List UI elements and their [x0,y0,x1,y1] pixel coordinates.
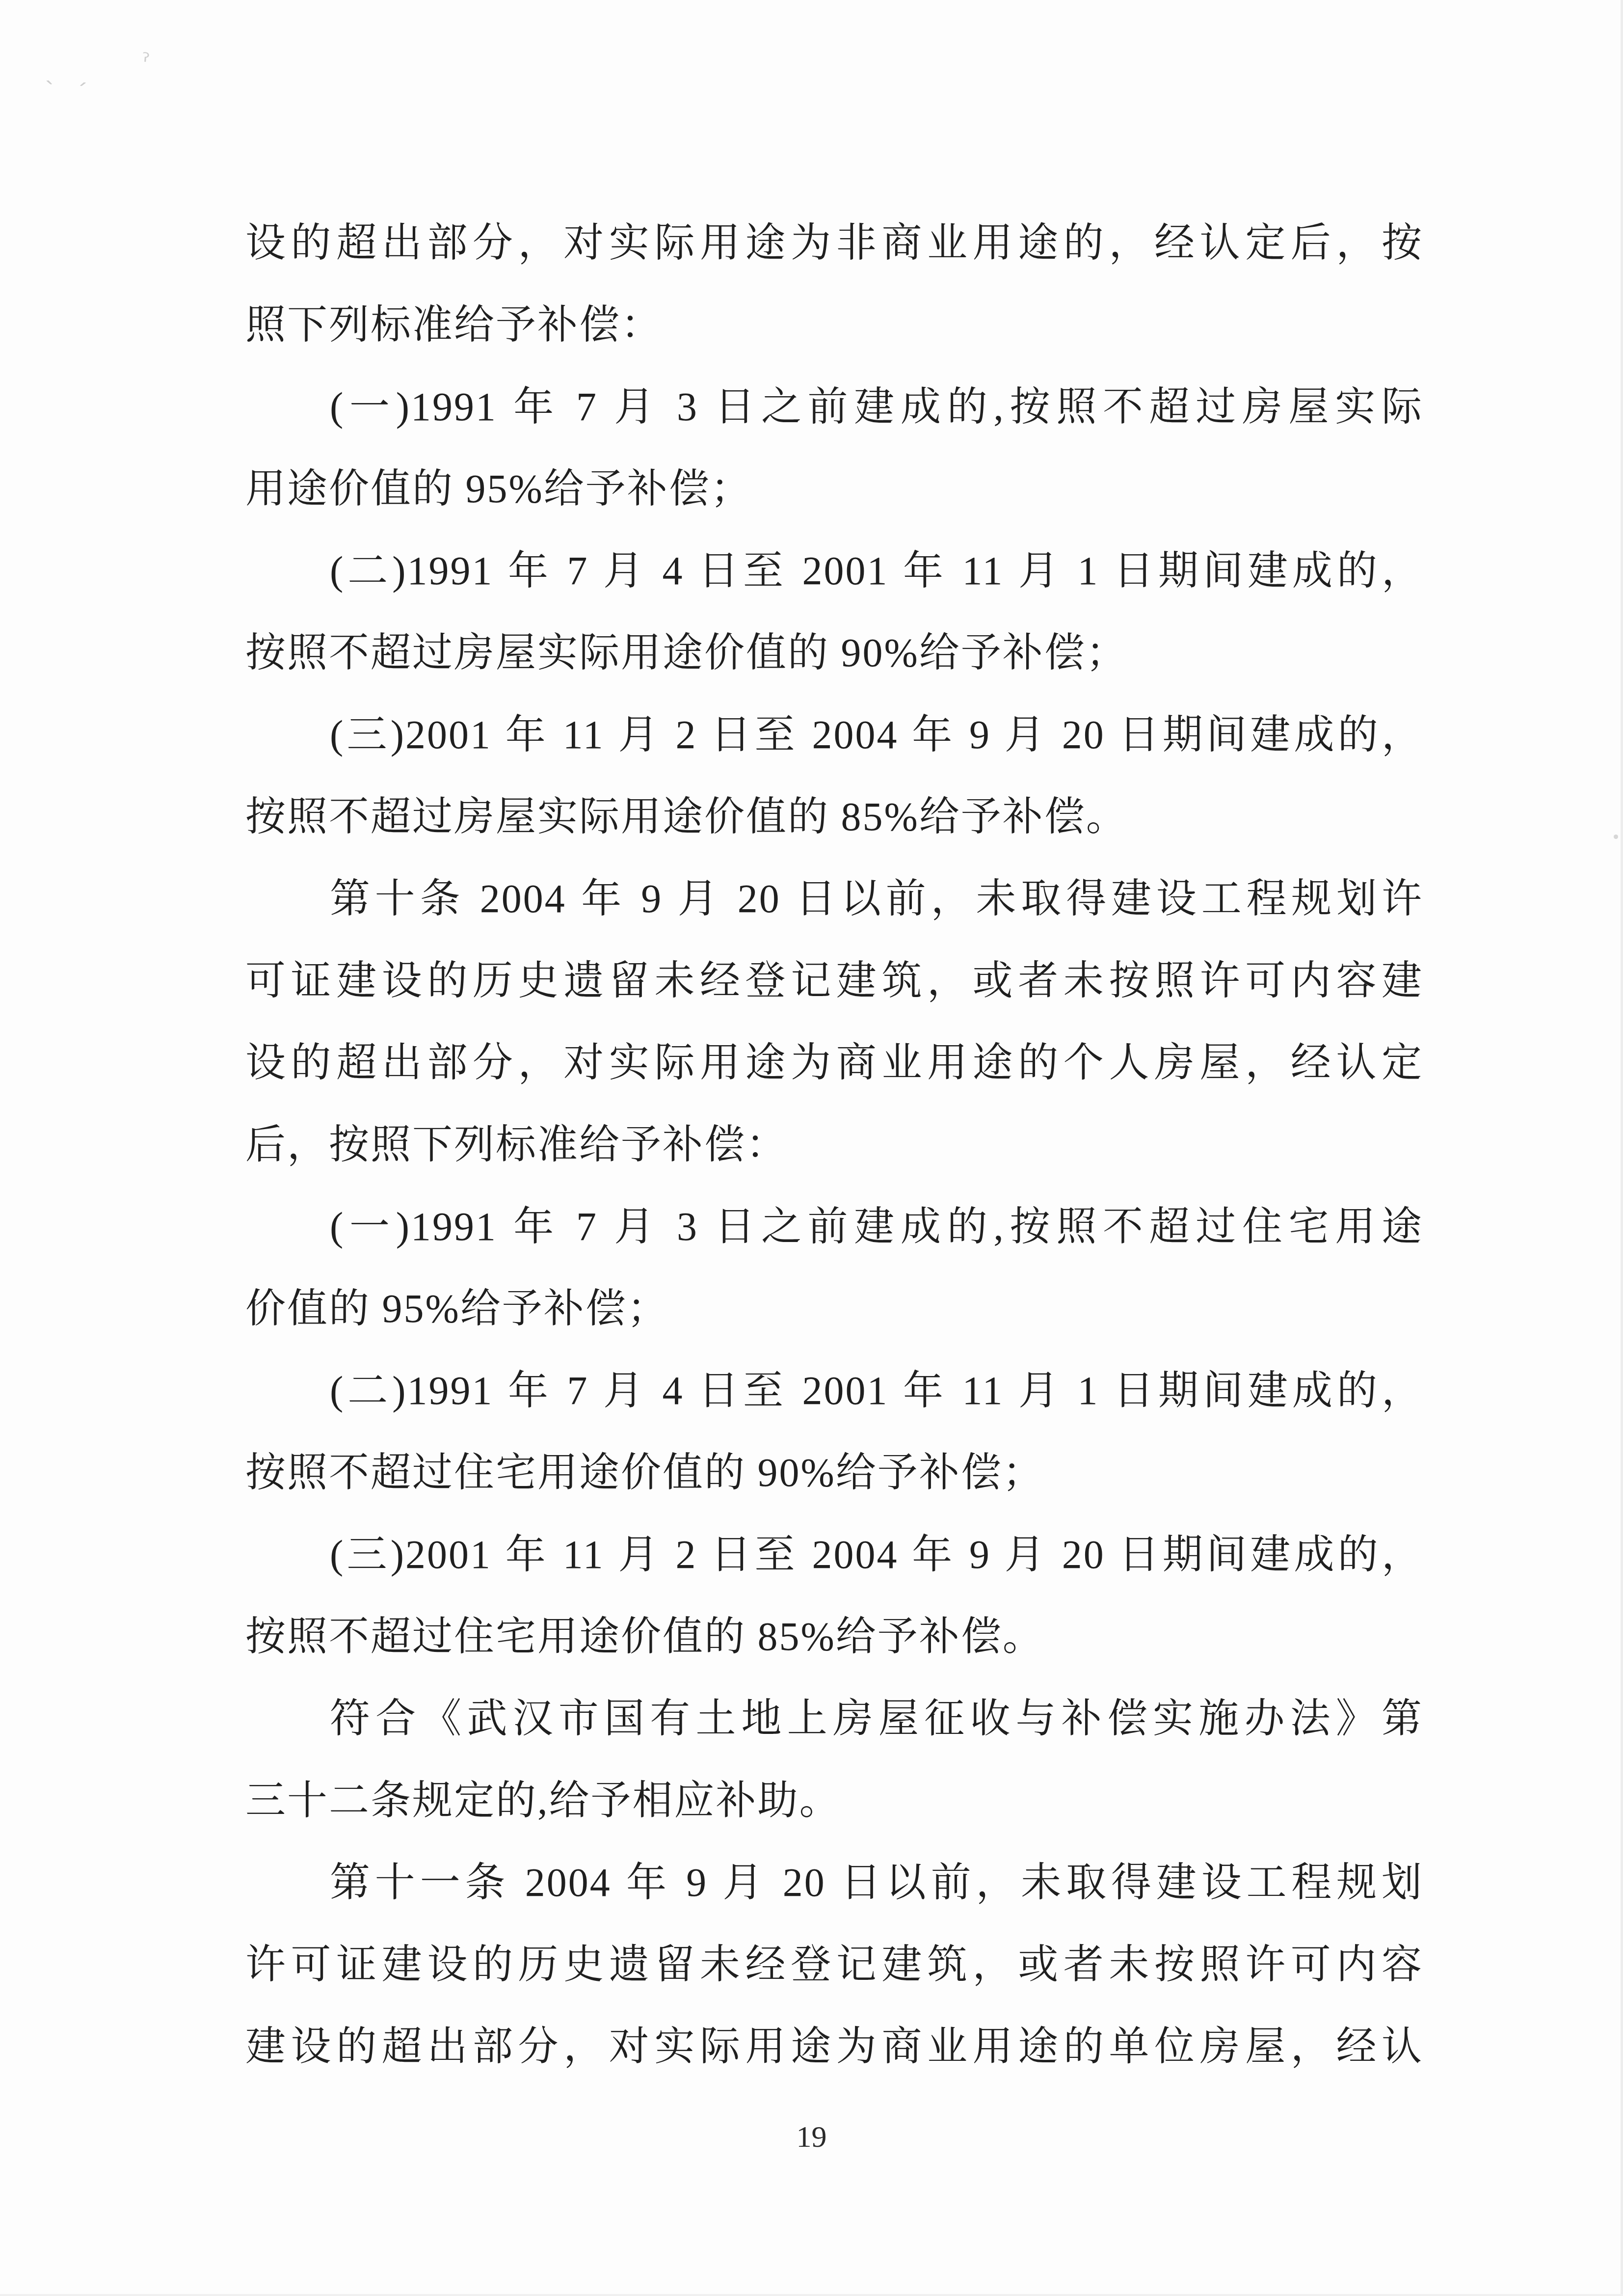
text-line: 第十条 2004 年 9 月 20 日以前，未取得建设工程规划许 [245,858,1423,940]
text-line: 设的超出部分，对实际用途为非商业用途的，经认定后，按 [245,202,1423,284]
scan-smudge-mark: ˎ [41,57,56,85]
scan-smudge-mark: ˀ [140,48,151,75]
text-line: 第十一条 2004 年 9 月 20 日以前，未取得建设工程规划 [245,1841,1423,1923]
document-body-text: 设的超出部分，对实际用途为非商业用途的，经认定后，按照下列标准给予补偿：(一)1… [245,202,1423,2087]
text-line: (三)2001 年 11 月 2 日至 2004 年 9 月 20 日期间建成的… [245,694,1423,776]
scan-smudge-mark: ˏ [76,59,93,87]
text-line: 三十二条规定的,给予相应补助。 [245,1759,1423,1841]
text-line: (二)1991 年 7 月 4 日至 2001 年 11 月 1 日期间建成的， [245,530,1423,612]
text-line: 按照不超过住宅用途价值的 85%给予补偿。 [245,1595,1423,1677]
text-line: 价值的 95%给予补偿； [245,1268,1423,1350]
text-line: 许可证建设的历史遗留未经登记建筑，或者未按照许可内容 [245,1923,1423,2005]
text-line: 设的超出部分，对实际用途为商业用途的个人房屋，经认定 [245,1022,1423,1104]
text-line: (一)1991 年 7 月 3 日之前建成的,按照不超过房屋实际 [245,366,1423,448]
text-line: 照下列标准给予补偿： [245,284,1423,366]
text-line: (二)1991 年 7 月 4 日至 2001 年 11 月 1 日期间建成的， [245,1350,1423,1432]
page-right-edge [1621,0,1623,2296]
text-line: 按照不超过住宅用途价值的 90%给予补偿； [245,1432,1423,1513]
text-line: 按照不超过房屋实际用途价值的 90%给予补偿； [245,612,1423,694]
text-line: (三)2001 年 11 月 2 日至 2004 年 9 月 20 日期间建成的… [245,1513,1423,1595]
scan-speck [1614,835,1618,839]
text-line: 按照不超过房屋实际用途价值的 85%给予补偿。 [245,776,1423,858]
text-line: (一)1991 年 7 月 3 日之前建成的,按照不超过住宅用途 [245,1186,1423,1268]
scanned-document-page: ˎ ˏ ˀ 设的超出部分，对实际用途为非商业用途的，经认定后，按照下列标准给予补… [0,0,1623,2296]
page-bottom-edge [0,2294,1623,2296]
text-line: 符合《武汉市国有土地上房屋征收与补偿实施办法》第 [245,1677,1423,1759]
text-line: 后，按照下列标准给予补偿： [245,1104,1423,1186]
text-line: 用途价值的 95%给予补偿； [245,448,1423,530]
text-line: 建设的超出部分，对实际用途为商业用途的单位房屋，经认 [245,2005,1423,2087]
page-number: 19 [0,2120,1623,2155]
text-line: 可证建设的历史遗留未经登记建筑，或者未按照许可内容建 [245,940,1423,1022]
